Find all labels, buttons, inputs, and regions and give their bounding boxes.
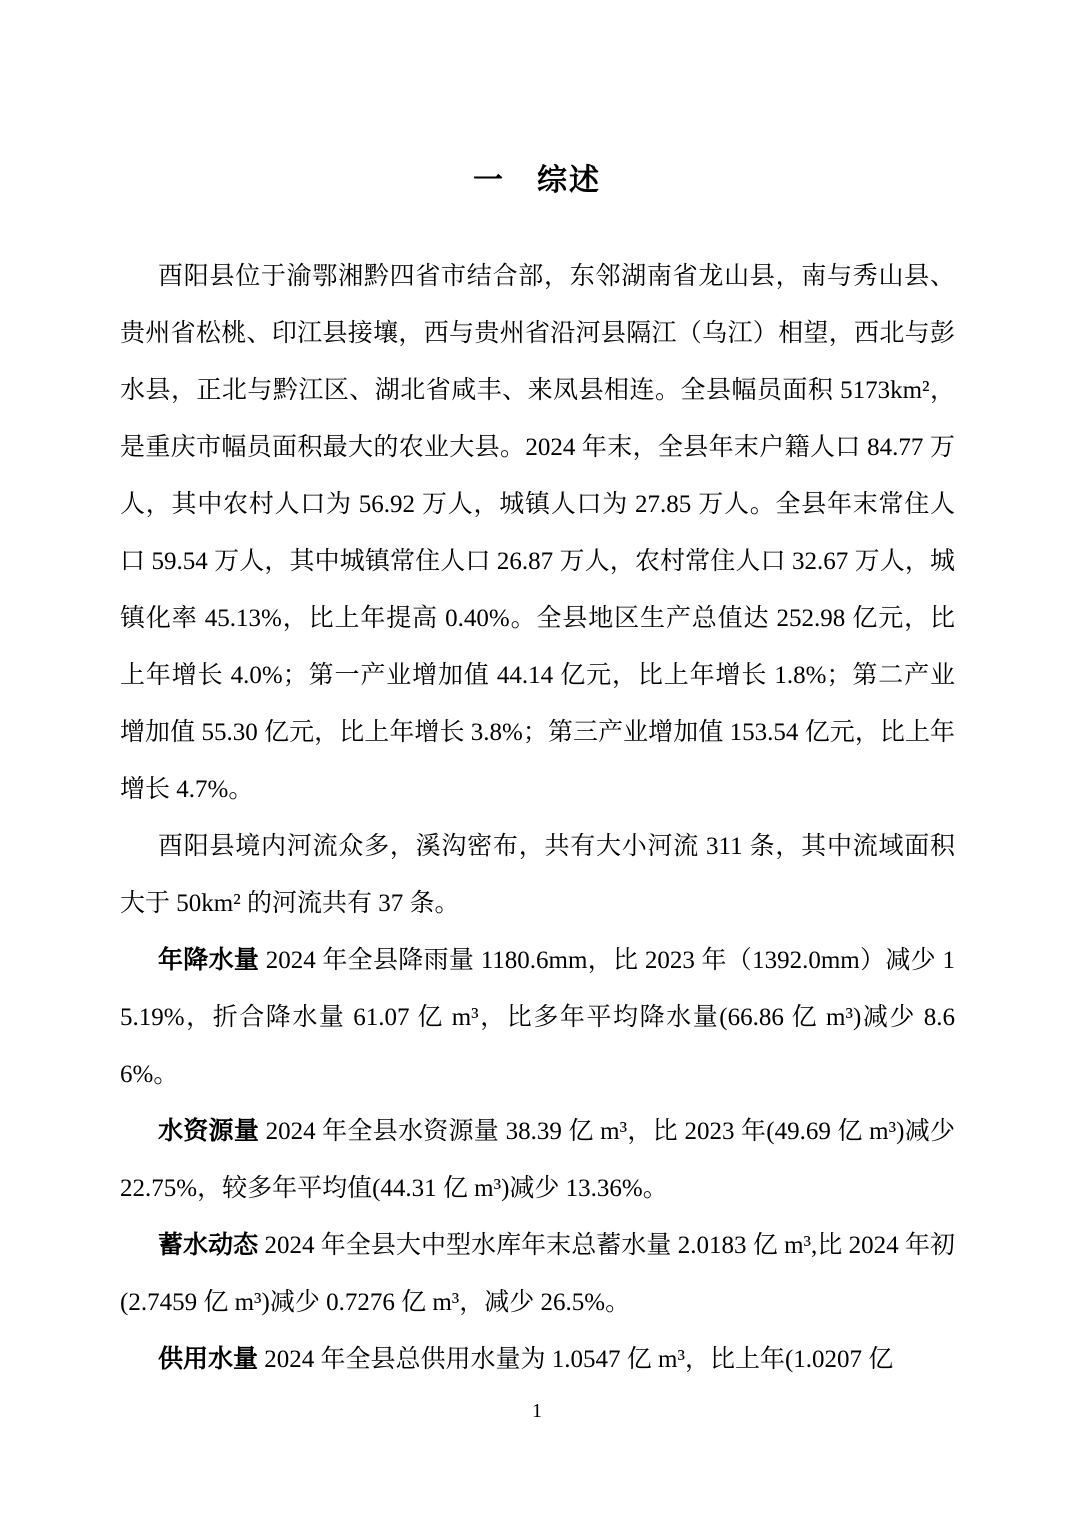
paragraph-lead: 水资源量 xyxy=(158,1118,259,1145)
paragraph-storage-dynamics: 蓄水动态 2024 年全县大中型水库年末总蓄水量 2.0183 亿 m³,比 2… xyxy=(120,1217,955,1331)
paragraph-lead: 年降水量 xyxy=(158,947,259,974)
document-page: 一 综述 酉阳县位于渝鄂湘黔四省市结合部，东邻湖南省龙山县，南与秀山县、贵州省松… xyxy=(0,0,1074,1520)
paragraph-text: 酉阳县境内河流众多，溪沟密布，共有大小河流 311 条，其中流域面积大于 50k… xyxy=(120,833,955,917)
paragraph-text: 2024 年全县总供用水量为 1.0547 亿 m³，比上年(1.0207 亿 xyxy=(258,1346,893,1373)
section-title: 一 综述 xyxy=(0,0,1074,200)
paragraph-text: 酉阳县位于渝鄂湘黔四省市结合部，东邻湖南省龙山县，南与秀山县、贵州省松桃、印江县… xyxy=(120,263,955,803)
paragraph-annual-precipitation: 年降水量 2024 年全县降雨量 1180.6mm，比 2023 年（1392.… xyxy=(120,932,955,1103)
paragraph-lead: 蓄水动态 xyxy=(158,1232,258,1259)
page-number: 1 xyxy=(0,1396,1074,1426)
paragraph-rivers: 酉阳县境内河流众多，溪沟密布，共有大小河流 311 条，其中流域面积大于 50k… xyxy=(120,818,955,932)
paragraph-lead: 供用水量 xyxy=(158,1346,258,1373)
paragraph-water-resources: 水资源量 2024 年全县水资源量 38.39 亿 m³，比 2023 年(49… xyxy=(120,1103,955,1217)
paragraph-water-supply-use: 供用水量 2024 年全县总供用水量为 1.0547 亿 m³，比上年(1.02… xyxy=(120,1331,955,1388)
document-body: 酉阳县位于渝鄂湘黔四省市结合部，东邻湖南省龙山县，南与秀山县、贵州省松桃、印江县… xyxy=(120,248,955,1388)
paragraph-intro: 酉阳县位于渝鄂湘黔四省市结合部，东邻湖南省龙山县，南与秀山县、贵州省松桃、印江县… xyxy=(120,248,955,818)
